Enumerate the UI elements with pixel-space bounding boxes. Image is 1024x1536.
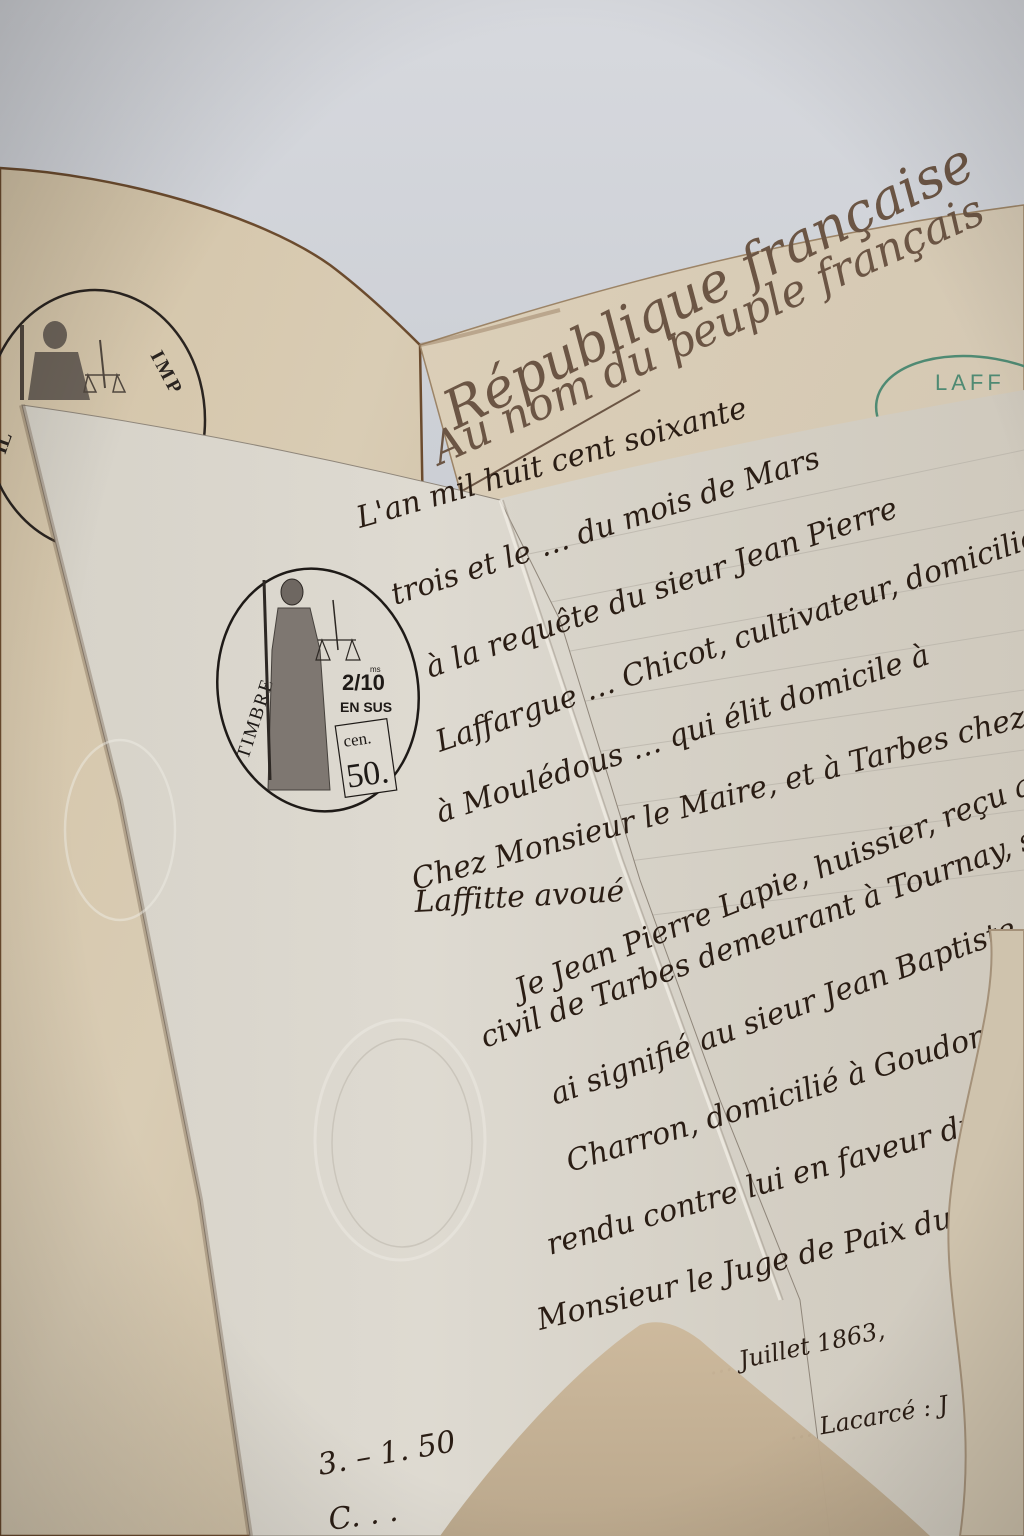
document-photo: IMP IL République française Au nom du pe… [0,0,1024,1536]
photo-scene: IMP IL République française Au nom du pe… [0,0,1024,1536]
